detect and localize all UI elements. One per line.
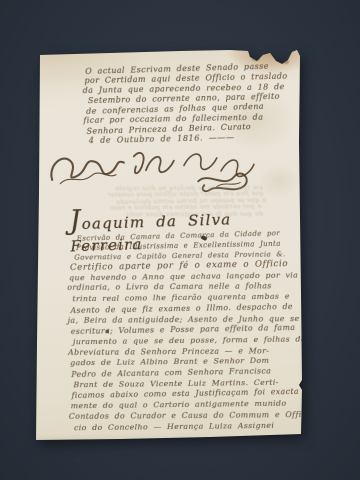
manuscript-page-wrap: O actual Escrivam deste Senado passepor … <box>30 42 306 444</box>
top-paragraph: O actual Escrivam deste Senado passepor … <box>84 62 282 146</box>
photo-background: O actual Escrivam deste Senado passepor … <box>0 0 360 480</box>
tear-speck <box>252 56 260 61</box>
bleedthrough-line: em tudo quanto se declara no dito regist… <box>87 185 263 192</box>
handwritten-line: cio do Concelho — Herança Luiza Assignei <box>74 420 286 433</box>
handwritten-line: Abreviatura da Senhora Princeza — e Mor- <box>68 346 280 358</box>
tear-speck <box>282 60 289 64</box>
subheading-block: Escrivão da Camara da Comarca da Cidade … <box>76 229 277 263</box>
certification-paragraph: Certifico aparte por fé o exame o Offici… <box>69 260 283 434</box>
manuscript-page: O actual Escrivam deste Senado passepor … <box>30 42 306 444</box>
